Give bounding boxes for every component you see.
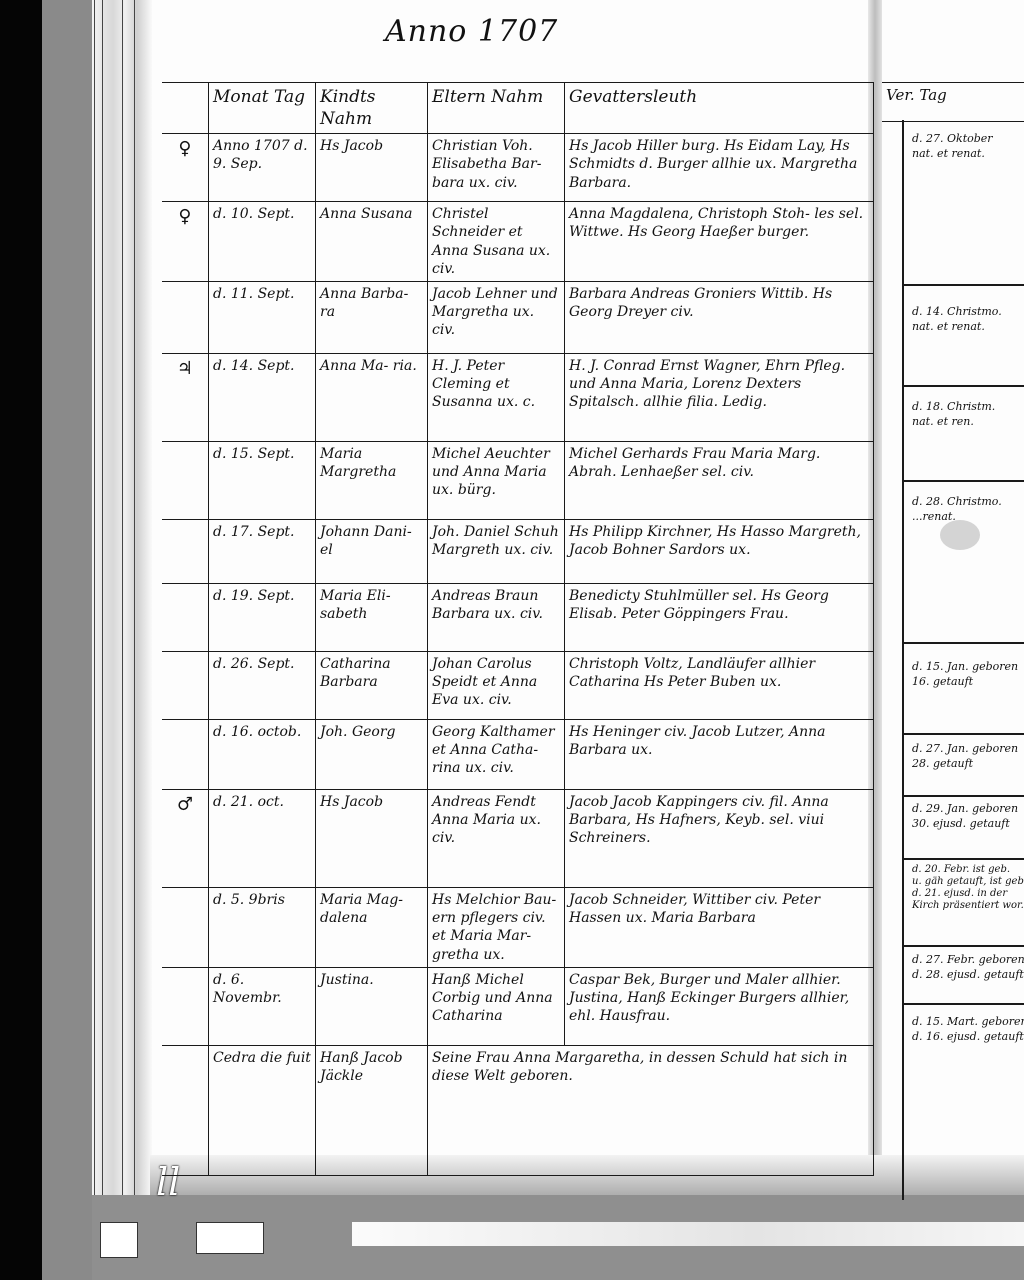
header-child: Kindts Nahm [316,83,428,134]
right-column-header: Ver. Tag [882,82,1024,122]
right-row-divider [902,385,1024,387]
date-cell: d. 14. Sept. [209,353,316,441]
right-entry: d. 18. Christm.nat. et ren. [912,400,995,430]
day-symbol [162,887,209,967]
child-cell: Catharina Barbara [316,651,428,719]
sponsors-cell: H. J. Conrad Ernst Wagner, Ehrn Pfleg. u… [565,353,874,441]
sponsors-cell: Christoph Voltz, Landläufer allhier Cath… [565,651,874,719]
table-row: ♀ Anno 1707 d. 9. Sep. Hs Jacob Christia… [162,134,874,202]
day-symbol [162,651,209,719]
child-cell: Justina. [316,967,428,1045]
parents-cell: Hanß Michel Corbig und Anna Catharina [428,967,565,1045]
day-symbol: ♀ [162,202,209,282]
parents-cell: Joh. Daniel Schuh Margreth ux. civ. [428,519,565,583]
child-cell: Johann Dani- el [316,519,428,583]
parents-cell: H. J. Peter Cleming et Susanna ux. c. [428,353,565,441]
header-date: Monat Tag [209,83,316,134]
parents-cell: Jacob Lehner und Margretha ux. civ. [428,281,565,353]
date-cell: Cedra die fuit [209,1045,316,1175]
child-cell: Hs Jacob [316,789,428,887]
parents-cell: Christel Schneider et Anna Susana ux. ci… [428,202,565,282]
table-row: d. 17. Sept. Johann Dani- el Joh. Daniel… [162,519,874,583]
parents-cell: Michel Aeuchter und Anna Maria ux. bürg. [428,441,565,519]
table-row: ♀ d. 10. Sept. Anna Susana Christel Schn… [162,202,874,282]
day-symbol [162,719,209,789]
child-cell: Maria Eli- sabeth [316,583,428,651]
child-cell: Maria Margretha [316,441,428,519]
day-symbol [162,441,209,519]
child-cell: Hs Jacob [316,134,428,202]
scan-tab-marker [196,1222,264,1254]
header-mark [162,83,209,134]
date-cell: d. 5. 9bris [209,887,316,967]
parents-cell: Andreas Fendt Anna Maria ux. civ. [428,789,565,887]
right-row-divider [902,480,1024,482]
sponsors-cell: Benedicty Stuhlmüller sel. Hs Georg Elis… [565,583,874,651]
table-row: d. 11. Sept. Anna Barba- ra Jacob Lehner… [162,281,874,353]
date-cell: d. 10. Sept. [209,202,316,282]
day-symbol [162,1045,209,1175]
right-entry: d. 27. Jan. geboren28. getauft [912,742,1018,772]
date-cell: d. 11. Sept. [209,281,316,353]
paper-strip [352,1222,1024,1246]
next-page-column: Ver. Tag [882,82,1024,122]
child-cell: Anna Susana [316,202,428,282]
child-cell: Hanß Jacob Jäckle [316,1045,428,1175]
table-header-row: Monat Tag Kindts Nahm Eltern Nahm Gevatt… [162,83,874,134]
day-symbol: ♂ [162,789,209,887]
scan-tab-marker [100,1222,138,1258]
right-row-divider [902,795,1024,797]
right-row-divider [902,642,1024,644]
child-cell: Maria Mag- dalena [316,887,428,967]
date-cell: d. 6. Novembr. [209,967,316,1045]
right-entry: d. 20. Febr. ist geb.u. gäh getauft, ist… [912,864,1024,912]
date-cell: d. 26. Sept. [209,651,316,719]
sponsors-cell: Barbara Andreas Groniers Wittib. Hs Geor… [565,281,874,353]
sponsors-cell: Anna Magdalena, Christoph Stoh- les sel.… [565,202,874,282]
right-row-divider [902,733,1024,735]
table-row: d. 5. 9bris Maria Mag- dalena Hs Melchio… [162,887,874,967]
right-entry: d. 15. Jan. geboren16. getauft [912,660,1018,690]
table-row: Cedra die fuit Hanß Jacob Jäckle Seine F… [162,1045,874,1175]
right-row-divider [902,945,1024,947]
parents-cell: Johan Carolus Speidt et Anna Eva ux. civ… [428,651,565,719]
table-row: ♂ d. 21. oct. Hs Jacob Andreas Fendt Ann… [162,789,874,887]
table-row: d. 19. Sept. Maria Eli- sabeth Andreas B… [162,583,874,651]
sponsors-cell: Jacob Schneider, Wittiber civ. Peter Has… [565,887,874,967]
right-entry: d. 27. Oktobernat. et renat. [912,132,993,162]
child-cell: Anna Ma- ria. [316,353,428,441]
parents-cell: Georg Kalthamer et Anna Catha- rina ux. … [428,719,565,789]
day-symbol: ♀ [162,134,209,202]
table-row: d. 6. Novembr. Justina. Hanß Michel Corb… [162,967,874,1045]
table-row: ♃ d. 14. Sept. Anna Ma- ria. H. J. Peter… [162,353,874,441]
date-cell: Anno 1707 d. 9. Sep. [209,134,316,202]
date-cell: d. 19. Sept. [209,583,316,651]
date-cell: d. 17. Sept. [209,519,316,583]
right-entry: d. 15. Mart. geborend. 16. ejusd. getauf… [912,1015,1024,1045]
parents-cell: Hs Melchior Bau- ern pflegers civ. et Ma… [428,887,565,967]
sponsors-cell: Michel Gerhards Frau Maria Marg. Abrah. … [565,441,874,519]
date-cell: d. 21. oct. [209,789,316,887]
sponsors-cell: Hs Jacob Hiller burg. Hs Eidam Lay, Hs S… [565,134,874,202]
page-title: Anno 1707 [385,14,558,49]
parents-cell: Seine Frau Anna Margaretha, in dessen Sc… [428,1045,874,1175]
right-entry: d. 14. Christmo.nat. et renat. [912,305,1002,335]
header-parents: Eltern Nahm [428,83,565,134]
right-row-divider [902,284,1024,286]
right-entry: d. 27. Febr. geborend. 28. ejusd. getauf… [912,953,1024,983]
sponsors-cell: Hs Heninger civ. Jacob Lutzer, Anna Barb… [565,719,874,789]
child-cell: Anna Barba- ra [316,281,428,353]
day-symbol [162,583,209,651]
day-symbol [162,281,209,353]
scan-margin [42,0,92,1280]
header-sponsors: Gevattersleuth [565,83,874,134]
book-spine [92,0,152,1200]
right-column-border [902,120,904,1200]
table-row: d. 15. Sept. Maria Margretha Michel Aeuc… [162,441,874,519]
date-cell: d. 15. Sept. [209,441,316,519]
right-row-divider [902,1003,1024,1005]
parents-cell: Andreas Braun Barbara ux. civ. [428,583,565,651]
table-row: d. 16. octob. Joh. Georg Georg Kalthamer… [162,719,874,789]
parents-cell: Christian Voh. Elisabetha Bar- bara ux. … [428,134,565,202]
scan-black-edge [0,0,42,1280]
baptism-register-table: Monat Tag Kindts Nahm Eltern Nahm Gevatt… [162,82,874,1176]
sponsors-cell: Caspar Bek, Burger und Maler allhier. Ju… [565,967,874,1045]
date-cell: d. 16. octob. [209,719,316,789]
day-symbol [162,519,209,583]
sponsors-cell: Jacob Jacob Kappingers civ. fil. Anna Ba… [565,789,874,887]
day-symbol [162,967,209,1045]
sponsors-cell: Hs Philipp Kirchner, Hs Hasso Margreth, … [565,519,874,583]
water-stain [940,520,980,550]
table-row: d. 26. Sept. Catharina Barbara Johan Car… [162,651,874,719]
day-symbol: ♃ [162,353,209,441]
right-entry: d. 29. Jan. geboren30. ejusd. getauft [912,802,1018,832]
right-row-divider [902,858,1024,860]
child-cell: Joh. Georg [316,719,428,789]
